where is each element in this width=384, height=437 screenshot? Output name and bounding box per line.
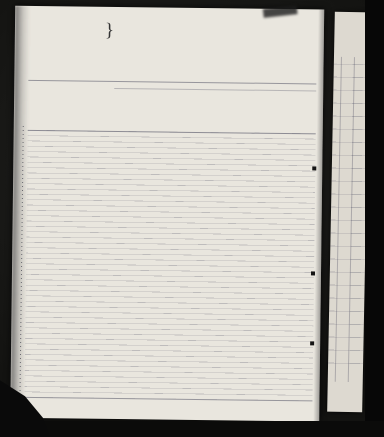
film-edge-strip xyxy=(365,0,384,437)
fine-print-note-a xyxy=(111,22,307,24)
ink-blot xyxy=(311,271,315,275)
census-page: } xyxy=(10,6,324,422)
census-scan: { "film": { "edge_text": "SAFETY FI", "r… xyxy=(0,0,384,437)
ink-smudge xyxy=(263,5,298,18)
group-rule xyxy=(114,88,316,91)
district-brace: } xyxy=(105,20,114,42)
row-rules xyxy=(24,130,315,400)
ink-blot xyxy=(312,166,316,170)
ink-blot xyxy=(310,341,314,345)
film-bottom-band xyxy=(0,421,384,437)
fine-print-note-c xyxy=(111,34,307,36)
table-top-rule xyxy=(28,80,316,85)
fine-print-note-b xyxy=(111,26,307,28)
page-edge-shade xyxy=(313,9,324,421)
name-column-header xyxy=(61,94,112,95)
next-census-page-partial xyxy=(327,12,370,413)
